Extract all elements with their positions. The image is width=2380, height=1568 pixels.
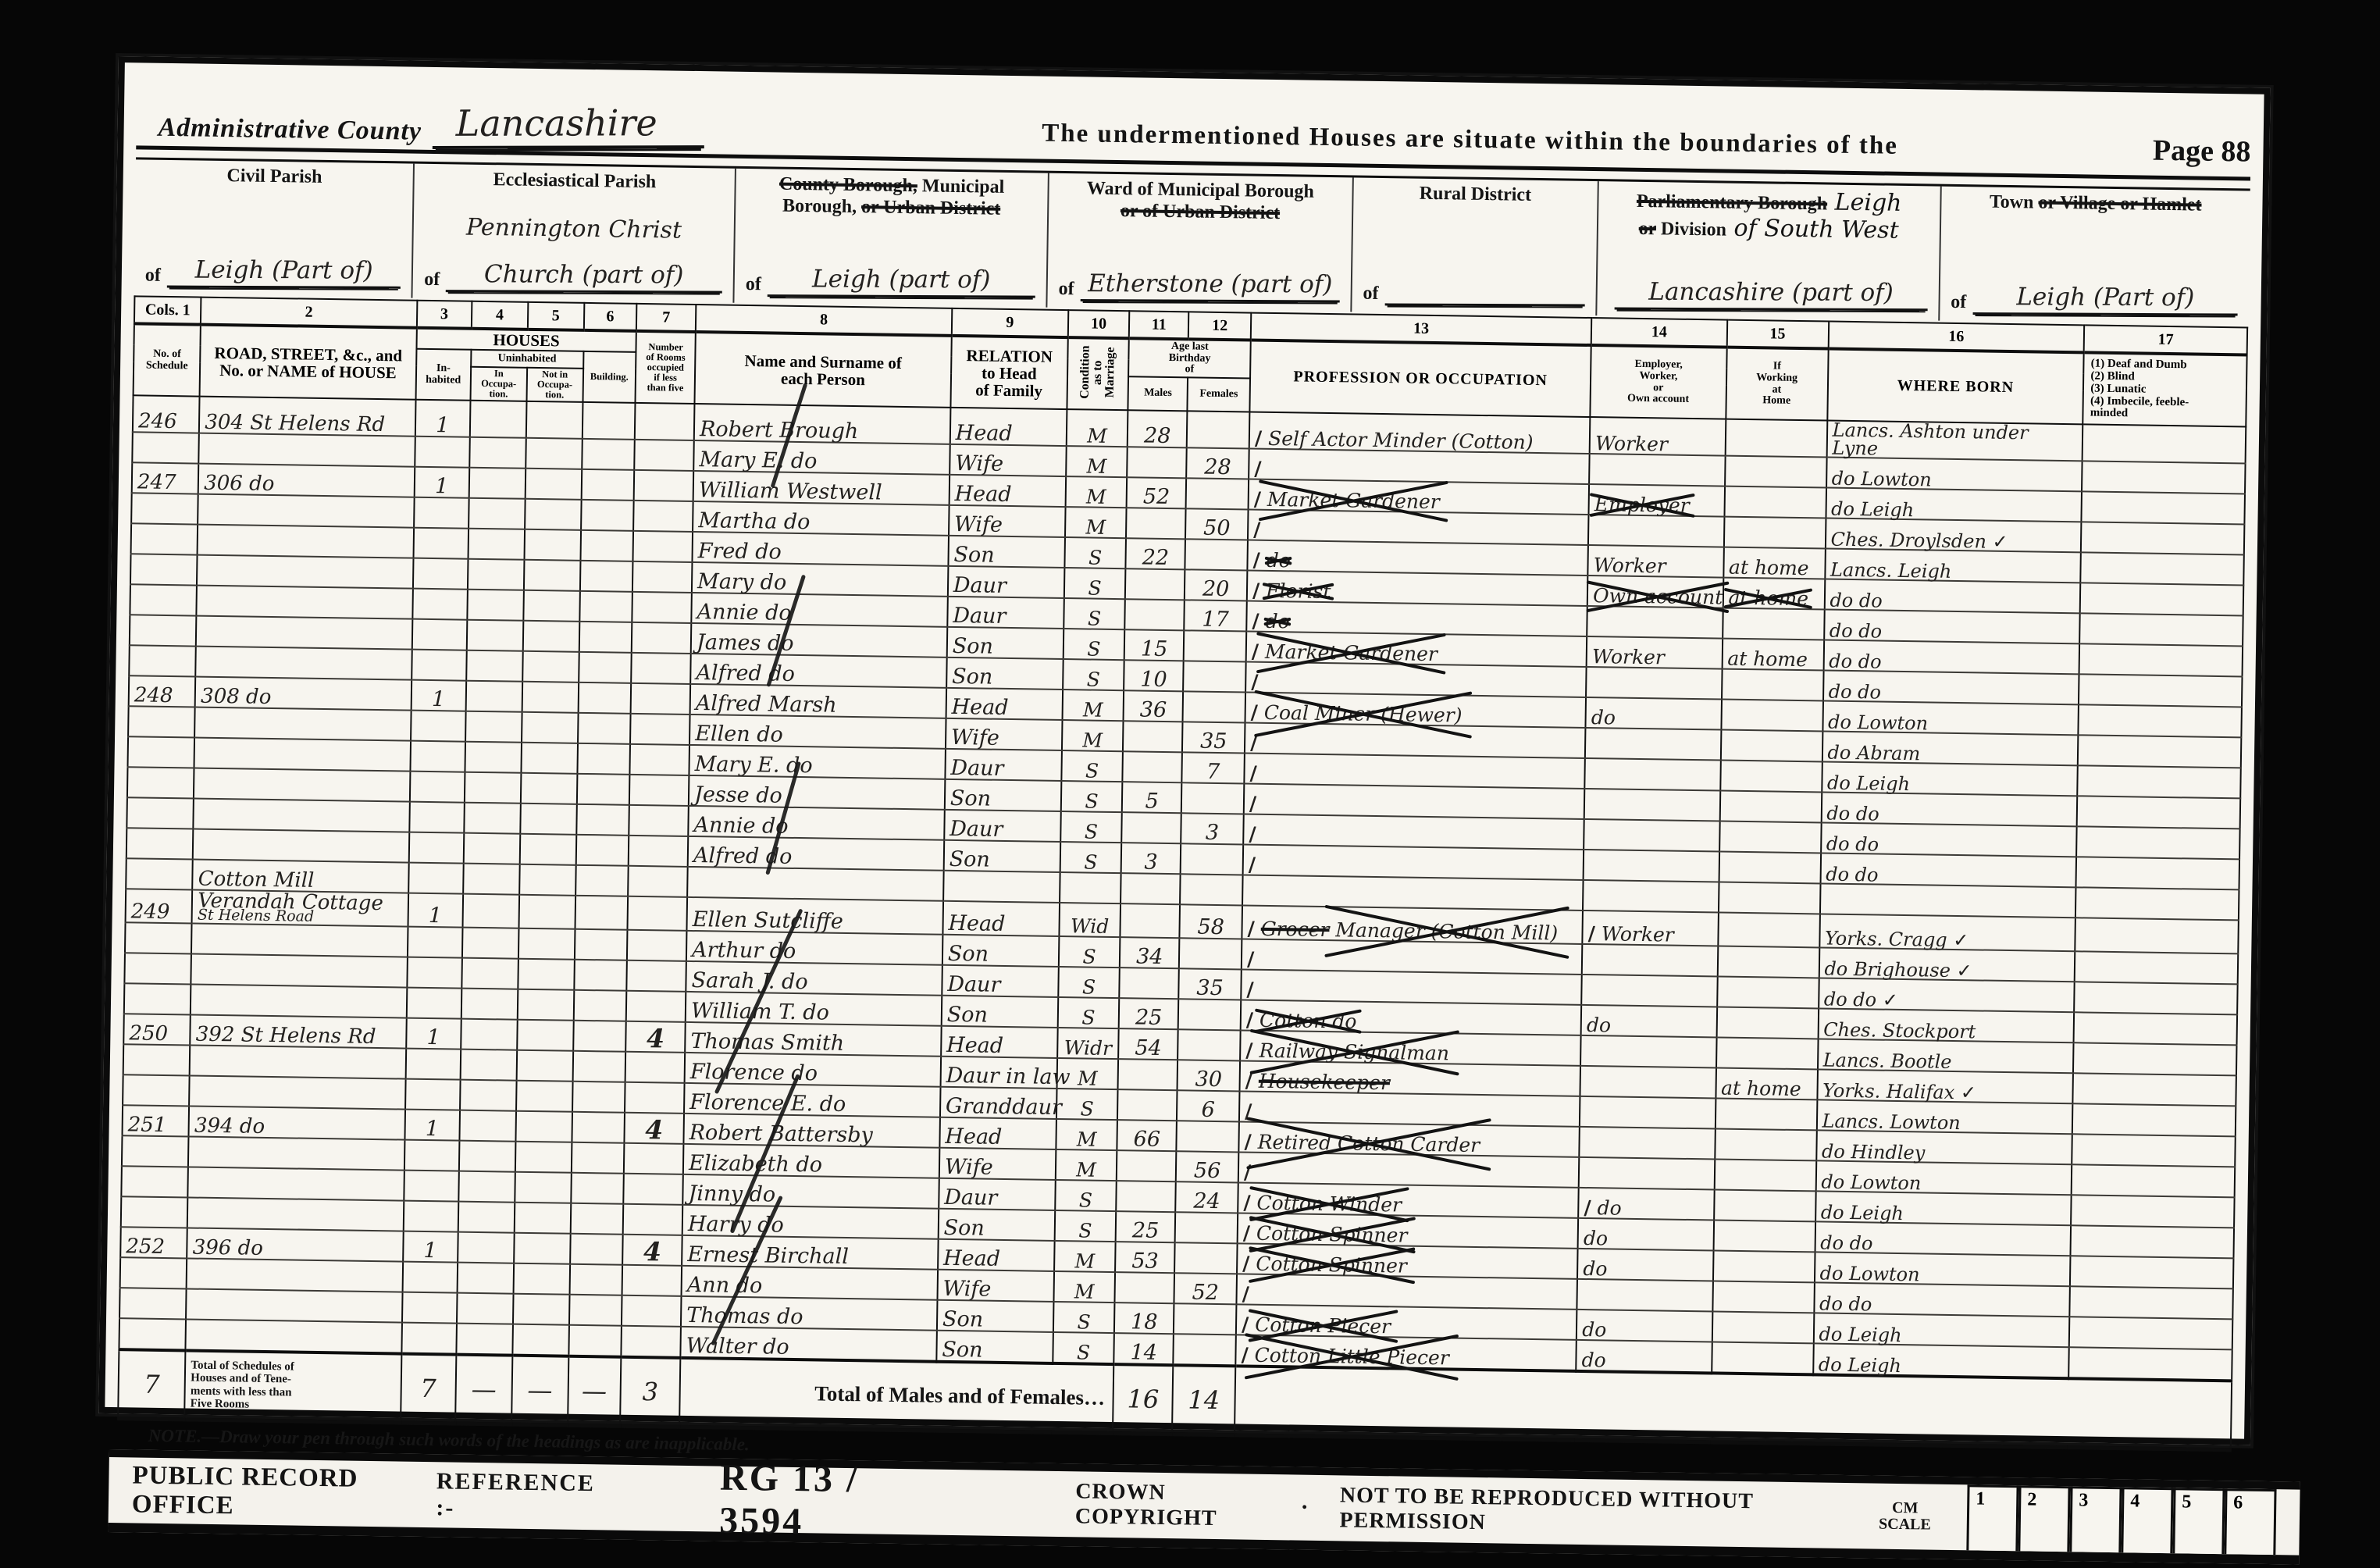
uninhabited-not-occupied-cell [516,1080,572,1111]
employer-cell [1582,944,1718,977]
road-cell [190,1045,406,1078]
census-table-body: 246304 St Helens Rd1Robert BroughHeadM28… [118,396,2246,1450]
condition-cell: M [1067,409,1128,446]
condition-cell: M [1062,720,1124,751]
age-female-cell [1183,691,1245,722]
occupation-cell: / [1239,1091,1580,1126]
working-at-home-cell [1719,851,1821,883]
relation-cell: Head [941,1025,1058,1057]
infirmity-cell [2082,461,2245,494]
road-cell [196,615,412,649]
municipal-borough-field: County Borough, Municipal Borough, or Ur… [734,169,1049,308]
occupation-cell: / Retired Cotton Carder [1238,1121,1580,1156]
uninhabited-occupied-cell [470,401,526,437]
uninhabited-occupied-cell [465,741,521,772]
schedule-number-cell [123,1044,191,1075]
relation-cell: Son [945,779,1062,811]
name-cell: Thomas Smith [685,1021,941,1056]
inhabited-cell [405,1078,461,1110]
uninhabited-not-occupied-cell [518,958,574,989]
relation-cell: Head [949,474,1066,506]
relation-cell: Daur [944,809,1061,841]
employer-cell [1579,1156,1715,1189]
condition-cell: S [1058,967,1120,998]
inhabited-cell [412,649,467,680]
employer-cell: Employer [1589,484,1725,517]
relation-cell: Wife [950,444,1067,476]
rooms-cell [628,896,687,930]
age-male-cell: 10 [1124,660,1183,691]
working-at-home-cell [1724,486,1826,518]
road-cell [186,1288,402,1322]
col-number: 15 [1726,320,1829,349]
building-cell [576,773,629,804]
record-office-label: PUBLIC RECORD OFFICE [132,1461,405,1523]
infirmity-cell [2079,643,2243,676]
schedule-number-cell [119,1288,187,1319]
where-born-cell: do Leigh [1813,1313,2069,1347]
age-male-cell [1117,1089,1177,1121]
working-at-home-cell [1718,912,1820,947]
where-born-cell: do Brighouse ✓ [1819,947,2075,982]
road-cell [187,1197,404,1231]
header-rooms: Number of Rooms occupied if less than fi… [636,331,696,404]
rooms-cell [626,990,686,1021]
name-cell: Martha do [693,501,949,536]
employer-cell: Own account [1587,576,1723,608]
age-male-cell: 5 [1122,782,1181,813]
col-number: 16 [1828,322,2084,353]
age-male-cell [1121,903,1180,938]
working-at-home-cell [1720,729,1822,761]
working-at-home-cell [1716,1037,1819,1069]
relation-cell: Son [936,1330,1053,1363]
relation-cell: Daur [948,565,1065,597]
road-cell [198,494,414,527]
uninhabited-occupied-cell [461,988,518,1019]
occupation-cell: / do [1246,600,1587,636]
rooms-cell [627,929,686,960]
working-at-home-cell [1716,1007,1819,1039]
schedule-number-cell [126,797,194,829]
age-male-cell: 53 [1115,1242,1174,1273]
where-born-cell: Yorks. Cragg ✓ [1819,914,2075,951]
inhabited-cell [401,1322,457,1354]
inhabited-cell: 1 [414,466,469,497]
building-cell [575,834,629,865]
schedule-number-cell [128,706,195,737]
infirmity-cell [2068,1347,2232,1381]
cm-scale-mark: 5 [2172,1488,2225,1554]
infirmity-cell [2076,826,2239,859]
age-female-cell [1181,782,1244,814]
occupation-cell: / [1243,844,1584,879]
header-condition: Condition as to Marriage [1067,337,1129,411]
name-cell: Alfred Marsh [690,684,946,718]
uninhabited-occupied-cell [458,1262,514,1293]
employer-cell [1580,1066,1716,1099]
building-cell [580,529,633,561]
infirmity-cell [2078,735,2241,768]
working-at-home-cell [1713,1220,1815,1252]
building-cell [578,712,631,743]
relation-cell: Son [948,535,1065,567]
inhabited-cell [413,527,469,558]
header-working-home: If Working at Home [1726,347,1828,421]
col-number: 17 [2084,325,2247,355]
uninhabited-occupied-cell [465,711,522,742]
schedule-number-cell: 247 [132,462,199,494]
ward-of-municipal-borough-label: Ward of Municipal Borough or of Urban Di… [1056,178,1345,226]
inhabited-cell: 1 [408,893,463,927]
name-cell: Ellen do [689,715,946,749]
col-number: Cols. 1 [134,296,201,324]
infirmity-cell [2082,491,2245,524]
infirmity-cell [2073,1073,2236,1106]
relation-cell: Son [943,839,1060,871]
age-female-cell [1178,1029,1240,1060]
where-born-cell: do do ✓ [1819,978,2075,1012]
condition-cell: M [1056,1149,1117,1181]
total-uninhabited-occupied: — [455,1354,512,1424]
name-cell: Sarah J. do [686,961,942,996]
age-female-cell: 3 [1181,813,1243,844]
road-cell: 394 do [189,1106,405,1139]
where-born-cell: do do [1824,579,2080,613]
condition-cell: S [1064,568,1126,599]
working-at-home-cell [1723,516,1826,548]
schedule-number-cell [121,1166,188,1197]
age-female-cell: 7 [1182,752,1245,783]
condition-cell: M [1054,1241,1116,1272]
administrative-county-value: Lancashire [433,102,704,149]
name-cell: Ann do [682,1265,938,1299]
where-born-cell: do Lowton [1826,457,2082,491]
condition-cell: S [1059,936,1121,968]
relation-cell: Daur [939,1178,1056,1210]
rooms-cell [632,622,691,653]
schedule-number-cell [128,736,195,768]
condition-cell: M [1062,690,1124,721]
crown-copyright-label: CROWN COPYRIGHT [1075,1479,1270,1532]
employer-cell: do [1577,1248,1713,1281]
relation-cell: Head [938,1238,1055,1270]
uninhabited-occupied-cell [456,1323,512,1355]
age-male-cell: 66 [1117,1120,1177,1151]
col-number: 2 [201,298,417,328]
condition-cell: M [1053,1271,1115,1303]
age-female-cell: 58 [1180,904,1243,939]
age-female-cell: 6 [1177,1090,1239,1121]
name-cell: Mary E. do [693,440,950,475]
occupation-cell: / Cotton Piecer [1236,1304,1577,1339]
header-name: Name and Surname of each Person [695,332,952,408]
town-label: Town or Village or Hamlet [1949,191,2243,217]
age-female-cell: 50 [1185,508,1248,540]
parliamentary-borough-label: Parliamentary Borough Leigh or Division … [1606,186,1933,244]
page-number: Page 88 [2094,133,2251,174]
schedule-number-cell: 252 [120,1227,187,1258]
census-page-scan: Administrative County Lancashire The und… [98,56,2270,1445]
relation-cell: Head [939,1117,1056,1149]
rooms-cell [624,1173,683,1204]
relation-cell: Daur in law [940,1056,1057,1088]
uninhabited-not-occupied-cell [522,650,579,682]
working-at-home-cell [1719,821,1822,853]
infirmity-cell [2081,552,2244,585]
employer-cell: Worker [1590,417,1726,455]
name-cell: Robert Brough [694,404,950,444]
uninhabited-not-occupied-cell [514,1232,570,1263]
age-male-cell [1121,873,1180,904]
relation-cell: Wife [937,1269,1054,1301]
uninhabited-not-occupied-cell [514,1202,570,1233]
name-cell: Florence E. do [684,1082,940,1117]
building-cell [581,499,634,530]
municipal-borough-value: Leigh (part of) [768,265,1035,298]
schedule-number-cell [127,767,194,798]
employer-cell [1584,819,1719,852]
rooms-cell [623,1203,682,1235]
road-cell [197,585,413,618]
total-males-females-label: Total of Males and of Females… [679,1357,1114,1433]
where-born-cell: do do [1814,1282,2070,1317]
uninhabited-occupied-cell [461,1049,517,1080]
building-cell [574,928,627,960]
schedule-number-cell: 251 [123,1105,190,1136]
road-cell: 306 do [198,463,415,497]
infirmity-cell [2081,522,2244,554]
uninhabited-not-occupied-cell [524,529,580,560]
name-cell: Harry do [682,1204,939,1238]
infirmity-cell [2071,1225,2234,1258]
rooms-cell [627,960,686,991]
inhabited-cell [407,957,462,988]
where-born-cell: do Leigh [1815,1191,2072,1225]
name-cell: Robert Battersby [684,1113,940,1147]
schedule-number-cell [121,1196,188,1228]
totals-label: Total of Schedules of Houses and of Tene… [184,1350,401,1423]
where-born-cell: Lancs. Lowton [1816,1099,2072,1134]
occupation-cell: / Coal Miner (Hewer) [1245,692,1587,727]
road-cell [189,1075,405,1109]
where-born-cell: do Leigh [1822,761,2078,796]
header-females: Females [1188,377,1251,412]
where-born-cell: do do [1821,822,2077,857]
road-cell [188,1136,404,1170]
col-number: 7 [636,304,696,332]
uninhabited-occupied-cell [469,497,525,529]
inhabited-cell: 1 [411,679,466,711]
building-cell [578,682,631,713]
where-born-cell: Ches. Droylsden ✓ [1825,518,2081,552]
infirmity-cell [2072,1103,2236,1136]
inhabited-cell [402,1261,458,1292]
uninhabited-not-occupied-cell [515,1171,571,1203]
separator-dot: · [1300,1495,1309,1521]
employer-cell: do [1577,1309,1712,1342]
road-cell: Cotton Mill [192,859,408,893]
relation-cell: Son [937,1299,1054,1331]
condition-cell: S [1061,781,1123,812]
employer-cell: do [1578,1217,1714,1250]
where-born-cell: do Leigh [1813,1343,2069,1378]
civil-parish-label: Civil Parish [144,164,406,190]
condition-cell: Wid [1059,903,1121,937]
uninhabited-not-occupied-cell [520,803,576,834]
col-number: 10 [1068,310,1130,338]
age-female-cell: 35 [1178,968,1241,1000]
working-at-home-cell [1719,790,1822,822]
age-male-cell: 34 [1120,937,1179,968]
inhabited-cell [408,832,464,863]
relation-cell: Son [947,626,1064,658]
uninhabited-not-occupied-cell [522,711,578,743]
working-at-home-cell: at home [1722,638,1824,670]
condition-cell: S [1056,1089,1118,1120]
road-cell: 308 do [195,676,412,710]
condition-cell: S [1053,1302,1115,1333]
working-at-home-cell: at home [1723,577,1825,609]
inhabited-cell [404,1170,459,1201]
uninhabited-occupied-cell [466,650,522,681]
schedule-number-cell [120,1257,187,1288]
road-cell [198,524,414,558]
relation-cell: Granddaur [940,1086,1057,1118]
working-at-home-cell [1714,1159,1816,1191]
header-uninhabited-group: Uninhabited [471,350,583,369]
col-number: 5 [528,302,584,330]
census-table: Cols. 1 2 3 4 5 6 7 8 9 10 11 12 13 14 1… [117,295,2248,1452]
schedule-number-cell [124,983,191,1014]
infirmity-cell [2075,951,2238,984]
header-males: Males [1128,376,1188,411]
where-born-cell: do do [1820,853,2076,887]
header-relation: RELATION to Head of Family [950,336,1067,410]
header-road: ROAD, STREET, &c., and No. or NAME of HO… [200,325,417,401]
occupation-cell: / Cotton Little Piecer [1235,1335,1577,1370]
age-male-cell [1122,812,1181,843]
employer-cell: do [1576,1339,1712,1373]
uninhabited-occupied-cell [457,1292,513,1324]
working-at-home-cell: at home [1723,547,1826,579]
age-male-cell: 52 [1127,477,1186,508]
uninhabited-occupied-cell [458,1231,514,1263]
where-born-cell: do Lowton [1815,1160,2072,1195]
inhabited-cell [404,1139,459,1171]
working-at-home-cell [1712,1250,1815,1282]
uninhabited-occupied-cell [467,589,523,620]
age-male-cell [1117,1150,1176,1181]
age-female-cell [1178,999,1241,1030]
employer-cell: do [1581,1005,1717,1038]
condition-cell: S [1061,750,1123,782]
infirmity-cell [2080,583,2243,615]
relation-cell: Son [946,657,1064,689]
rooms-cell: 4 [625,1112,684,1143]
ecclesiastical-parish-value: Church (part of) [446,260,722,294]
working-at-home-cell [1712,1311,1814,1343]
road-cell [197,554,413,588]
infirmity-cell [2082,425,2246,463]
age-female-cell: 35 [1182,722,1245,753]
working-at-home-cell [1722,668,1824,700]
ward-of-municipal-borough-field: Ward of Municipal Borough or of Urban Di… [1047,173,1353,312]
condition-cell: S [1064,537,1126,568]
building-cell [575,895,628,929]
rooms-cell [631,682,690,714]
inhabited-cell [405,1048,461,1079]
uninhabited-not-occupied-cell [523,590,579,621]
rooms-cell: 4 [622,1234,682,1265]
building-cell [570,1203,623,1234]
condition-cell: S [1060,811,1122,843]
employer-cell: / do [1578,1187,1714,1220]
uninhabited-not-occupied-cell [519,833,575,864]
infirmity-cell [2076,857,2239,889]
uninhabited-not-occupied-cell [517,1019,573,1050]
occupation-cell: / Grocer Manager (Cotton Mill) [1242,905,1583,943]
name-cell: Ellen Sutcliffe [687,897,943,935]
employer-cell: Worker [1588,545,1724,578]
inhabited-cell: 1 [404,1109,460,1140]
road-cell [194,707,411,740]
name-cell: Ernest Birchall [682,1235,938,1269]
age-female-cell: 28 [1186,447,1249,479]
employer-cell [1579,1127,1715,1160]
employer-cell [1584,758,1720,791]
age-female-cell [1185,539,1248,570]
cm-scale-mark: 1 [1966,1484,2018,1551]
age-male-cell: 36 [1124,690,1183,722]
working-at-home-cell [1712,1281,1815,1313]
header-not-in-occupation: Not in Occupa- tion. [526,368,583,402]
name-cell: Arthur do [686,931,942,965]
working-at-home-cell [1723,608,1825,640]
working-at-home-cell [1720,760,1822,792]
relation-cell: Head [946,687,1063,719]
relation-cell: Wife [949,504,1066,536]
uninhabited-not-occupied-cell [525,498,581,529]
uninhabited-occupied-cell [459,1140,515,1171]
road-cell [194,768,410,801]
inhabited-cell [412,618,467,650]
schedule-number-cell [126,858,193,889]
schedule-number-cell [129,645,196,676]
occupation-cell: / [1249,448,1590,483]
inhabited-cell [409,801,465,832]
occupation-cell: / Cotton Spinner [1237,1243,1578,1278]
uninhabited-occupied-cell [458,1171,515,1202]
uninhabited-not-occupied-cell [518,928,575,959]
ecclesiastical-parish-field: Ecclesiastical ParishPennington Christof… [413,164,736,303]
municipal-borough-label: County Borough, Municipal Borough, or Ur… [743,173,1040,221]
employer-cell: do [1586,697,1722,730]
age-male-cell [1120,968,1179,999]
uninhabited-occupied-cell [462,927,518,958]
condition-cell: S [1063,659,1124,690]
total-uninhabited-not-occupied: — [511,1355,568,1425]
name-cell: William T. do [686,992,942,1026]
working-at-home-cell [1718,882,1820,914]
inhabited-cell: 1 [403,1231,458,1262]
uninhabited-not-occupied-cell [526,437,582,469]
relation-cell: Daur [947,596,1064,628]
uninhabited-occupied-cell [460,1079,516,1110]
road-cell [191,923,408,957]
name-cell: Mary E. do [689,745,946,779]
where-born-cell: do Lowton [1814,1252,2070,1286]
